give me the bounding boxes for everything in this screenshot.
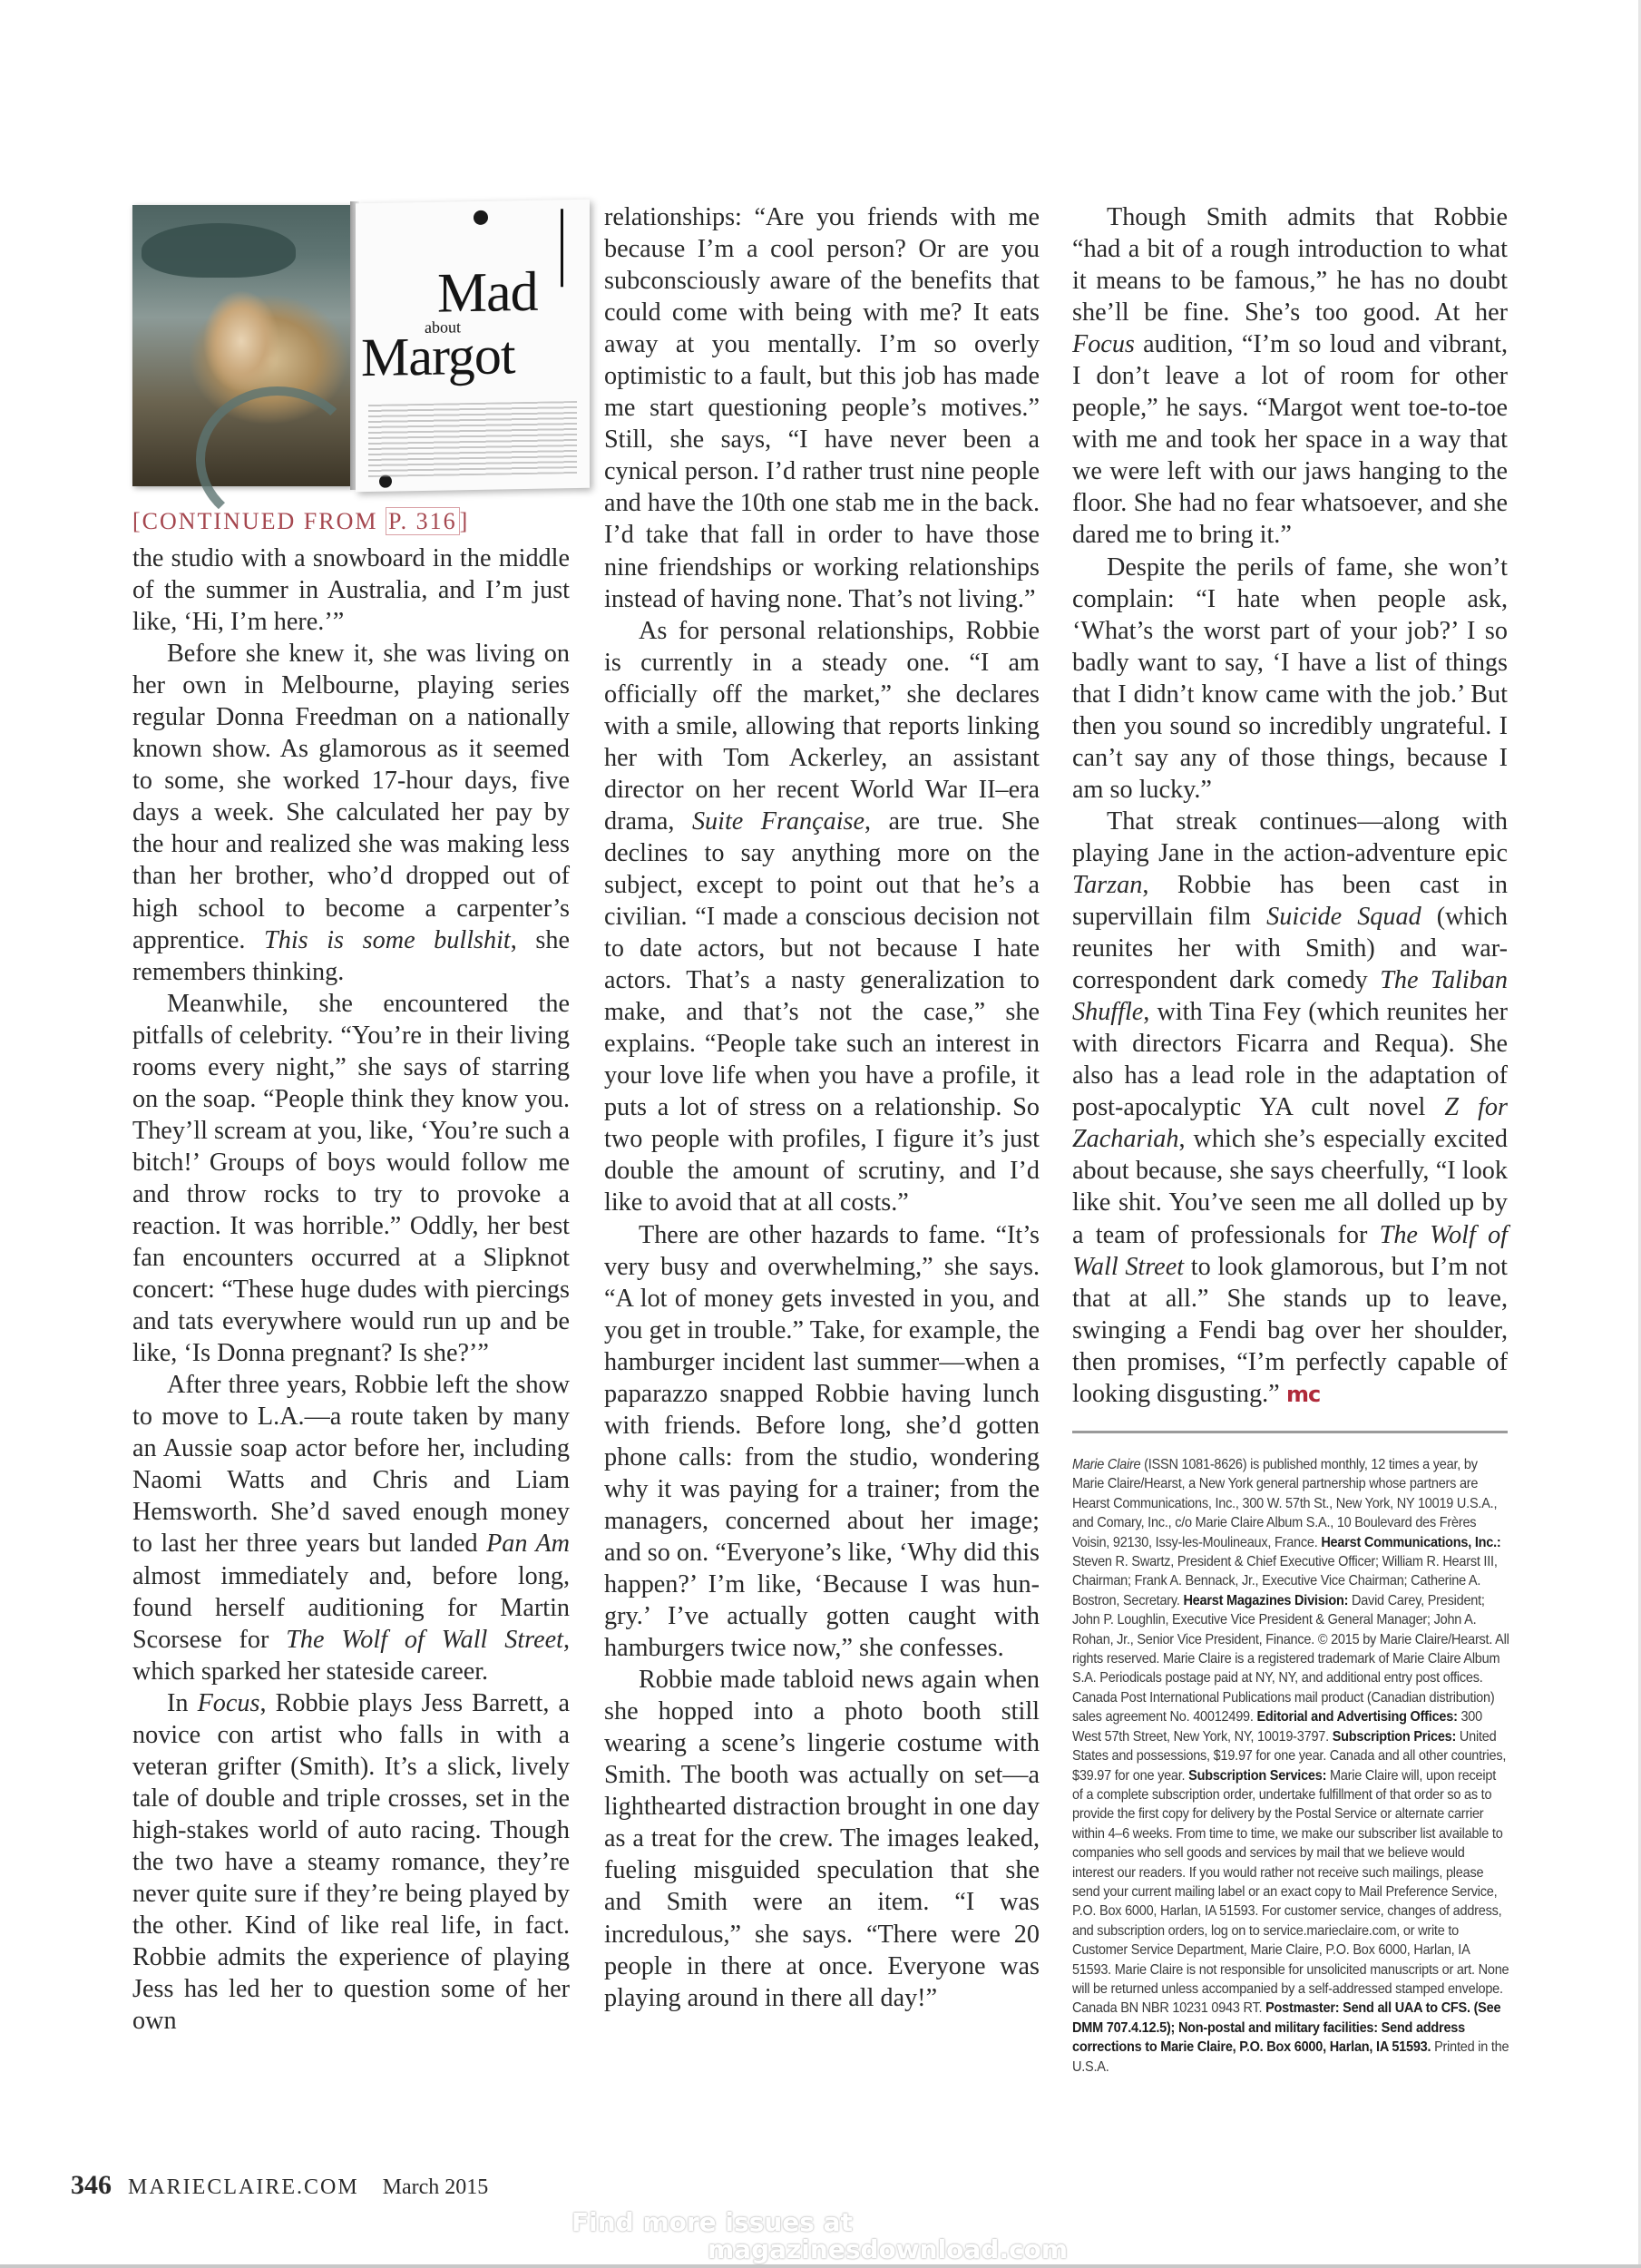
ink-dot-icon <box>474 210 488 225</box>
decorative-rule <box>561 209 563 287</box>
masthead-heading: Hearst Magazines Division: <box>1183 1593 1348 1608</box>
masthead-heading: Subscription Services: <box>1188 1768 1326 1784</box>
publication-masthead: Marie Claire (ISSN 1081-8626) is publish… <box>1072 1455 1509 2077</box>
article-paragraph: the studio with a snowboard in the mid­d… <box>132 543 570 638</box>
article-body-col3: Though Smith admits that Robbie “had a b… <box>1072 201 1508 1411</box>
bottom-bar <box>0 2264 1641 2268</box>
article-paragraph: That streak continues—along with playing… <box>1072 806 1508 1411</box>
title-italic: The Wolf of Wall Street <box>1072 1221 1508 1281</box>
site-url[interactable]: MARIECLAIRE.COM <box>128 2175 359 2199</box>
article-paragraph: After three years, Robbie left the show … <box>132 1369 570 1686</box>
page-footer: 346 MARIECLAIRE.COM March 2015 <box>71 2170 488 2201</box>
masthead-heading: Hearst Communications, Inc.: <box>1321 1535 1500 1550</box>
masthead-text: David Carey, President; John P. Loughlin… <box>1072 1593 1509 1725</box>
title-page: Mad about Margot <box>356 200 590 493</box>
article-paragraph: Meanwhile, she encountered the pitfalls … <box>132 988 570 1370</box>
article-paragraph: relationships: “Are you friends with me … <box>604 201 1040 615</box>
end-mark-icon: mc <box>1280 1382 1321 1407</box>
masthead-publication-name: Marie Claire <box>1072 1457 1140 1472</box>
watermark-line2: magazinesdownload.com <box>708 2236 1068 2263</box>
continued-close: ] <box>460 508 470 534</box>
masthead-text: Marie Claire will, upon receipt of a com… <box>1072 1768 1509 2017</box>
article-body-col1: the studio with a snowboard in the mid­d… <box>132 543 570 2037</box>
continued-page-link[interactable]: P. 316 <box>386 507 460 535</box>
article-body-col2: relationships: “Are you friends with me … <box>604 201 1040 2014</box>
article-paragraph: As for personal relationships, Robbie is… <box>604 615 1040 1219</box>
title-italic: Suite Française <box>692 807 864 836</box>
article-paragraph: Robbie made tabloid news again when she … <box>604 1664 1040 2014</box>
title-italic: Z for Zachariah <box>1072 1093 1508 1153</box>
article-paragraph: There are other hazards to fame. “It’s v… <box>604 1219 1040 1665</box>
hat-shape <box>142 223 296 278</box>
title-italic: Suicide Squad <box>1266 903 1421 931</box>
article-column-2: relationships: “Are you friends with me … <box>604 201 1040 2014</box>
masthead-heading: Editorial and Advertising Offices: <box>1256 1709 1457 1725</box>
spread-body-text <box>368 401 577 477</box>
title-italic: The Wolf of Wall Street <box>286 1626 563 1654</box>
article-paragraph: Despite the perils of fame, she won’t co… <box>1072 552 1508 806</box>
masthead-heading: Subscription Prices: <box>1333 1729 1456 1745</box>
title-italic: Focus <box>198 1689 260 1717</box>
article-paragraph: In Focus, Robbie plays Jess Barrett, a n… <box>132 1687 570 2038</box>
spread-title-line1: Mad <box>437 264 538 322</box>
issue-date: March 2015 <box>383 2175 489 2199</box>
page-number: 346 <box>71 2170 112 2200</box>
article-column-1: Mad about Margot [CONTINUED FROM P. 316]… <box>132 201 570 2037</box>
title-italic: Focus <box>1072 330 1135 358</box>
watermark: Find more issues at magazinesdownload.co… <box>571 2209 1068 2263</box>
title-italic: Pan Am <box>486 1530 570 1558</box>
article-paragraph: Though Smith admits that Robbie “had a b… <box>1072 201 1508 552</box>
continued-from-label: [CONTINUED FROM P. 316] <box>132 506 570 537</box>
title-italic: Tarzan <box>1072 871 1142 899</box>
watermark-line1: Find more issues at <box>571 2207 853 2237</box>
steering-wheel-shape <box>196 386 359 532</box>
masthead-divider <box>1072 1431 1508 1433</box>
previous-spread-thumbnail: Mad about Margot <box>132 201 602 490</box>
article-column-3: Though Smith admits that Robbie “had a b… <box>1072 201 1508 1411</box>
title-italic: The Taliban Shuffle <box>1072 966 1508 1026</box>
article-paragraph: Before she knew it, she was living on he… <box>132 638 570 988</box>
spread-title-line2: Margot <box>361 327 515 385</box>
cover-photo <box>132 205 352 486</box>
title-italic: This is some bullshit <box>264 926 511 954</box>
